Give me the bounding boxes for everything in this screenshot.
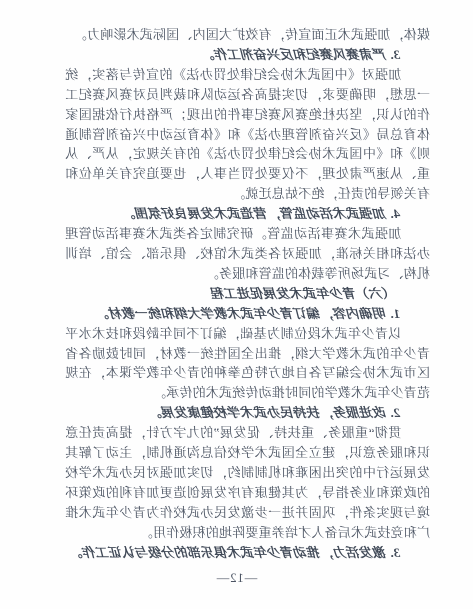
document-text-block: 媒体，加强武术正面宣传，有效扩大国内、国际武术影响力。 3. 严肃赛风赛纪和反兴…	[65, 25, 430, 562]
heading-section-six-youth-wushu: （六）青少年武术发展促进工程	[65, 284, 430, 304]
paragraph-private-school-support-details: 贯彻“重服务、重扶持、促发展”的九字方针，提高责任意识和服务意识，建立全国武术学…	[65, 423, 430, 542]
paragraph-publicity-continuation: 媒体，加强武术正面宣传，有效扩大国内、国际武术影响力。	[65, 25, 430, 45]
heading-support-private-schools: 2. 改进服务，扶持民办武术学校健康发展。	[65, 403, 430, 423]
page-number: —12—	[0, 571, 473, 586]
heading-teaching-outline-textbook: 1. 明确内容，编订青少年武术教学大纲和统一教材。	[65, 304, 430, 324]
heading-youth-club-certification: 3. 激发活力，推动青少年武术俱乐部的分级与认证工作。	[65, 543, 430, 563]
document-page: 媒体，加强武术正面宣传，有效扩大国内、国际武术影响力。 3. 严肃赛风赛纪和反兴…	[0, 0, 473, 609]
heading-competition-discipline-antidoping: 3. 严肃赛风赛纪和反兴奋剂工作。	[65, 45, 430, 65]
paragraph-event-supervision: 加强武术赛事活动监管。研究制定各类武术赛事活动管理办法和相关标准，加强对各类武术…	[65, 224, 430, 284]
paragraph-teaching-outline-details: 以青少年武术段位制为基础，编订不同年龄段和技术水平青少年的武术教学大纲，推出全国…	[65, 324, 430, 404]
heading-activity-supervision: 4. 加强武术活动监管，营造武术发展良好氛围。	[65, 204, 430, 224]
paragraph-discipline-enforcement: 加强对《中国武术协会纪律处罚办法》的宣传与落实，统一思想，明确要求，切实提高各运…	[65, 65, 430, 204]
